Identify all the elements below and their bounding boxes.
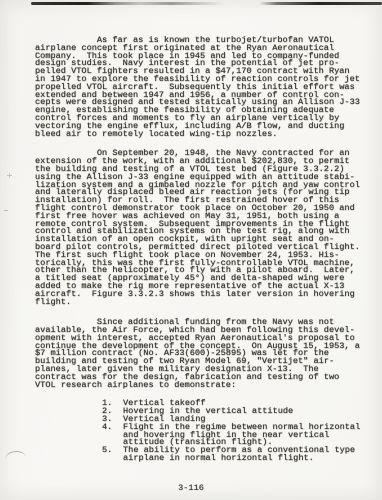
- list-item: 5. The ability to perform as a conventio…: [102, 447, 360, 463]
- paragraph-vatol-origin: As far as is known the turbojet/turbofan…: [35, 37, 360, 138]
- list-item: 4. Flight in the regime between normal h…: [102, 424, 360, 447]
- list-item-text: Flight in the regime between normal hori…: [123, 424, 360, 447]
- page-body: As far as is known the turbojet/turbofan…: [35, 37, 360, 463]
- list-item-text: The ability to perform as a conventional…: [123, 447, 355, 463]
- paragraph-air-force-contract: Since additional funding from the Navy w…: [35, 319, 360, 389]
- scan-artifact-squiggle: [4, 449, 26, 462]
- list-item-number: 5.: [102, 447, 123, 463]
- scan-artifact-speck: [4, 210, 8, 211]
- page-number: 3-116: [0, 484, 382, 492]
- scan-artifact-speck: [7, 173, 12, 178]
- list-item-number: 4.: [102, 424, 123, 447]
- paragraph-navy-contract: On September 20, 1948, the Navy contract…: [35, 150, 360, 306]
- scan-artifact-top-line: [31, 2, 382, 5]
- demonstration-requirements-list: 1. Vertical takeoff 2. Hovering in the v…: [35, 400, 360, 462]
- document-page: As far as is known the turbojet/turbofan…: [0, 0, 382, 500]
